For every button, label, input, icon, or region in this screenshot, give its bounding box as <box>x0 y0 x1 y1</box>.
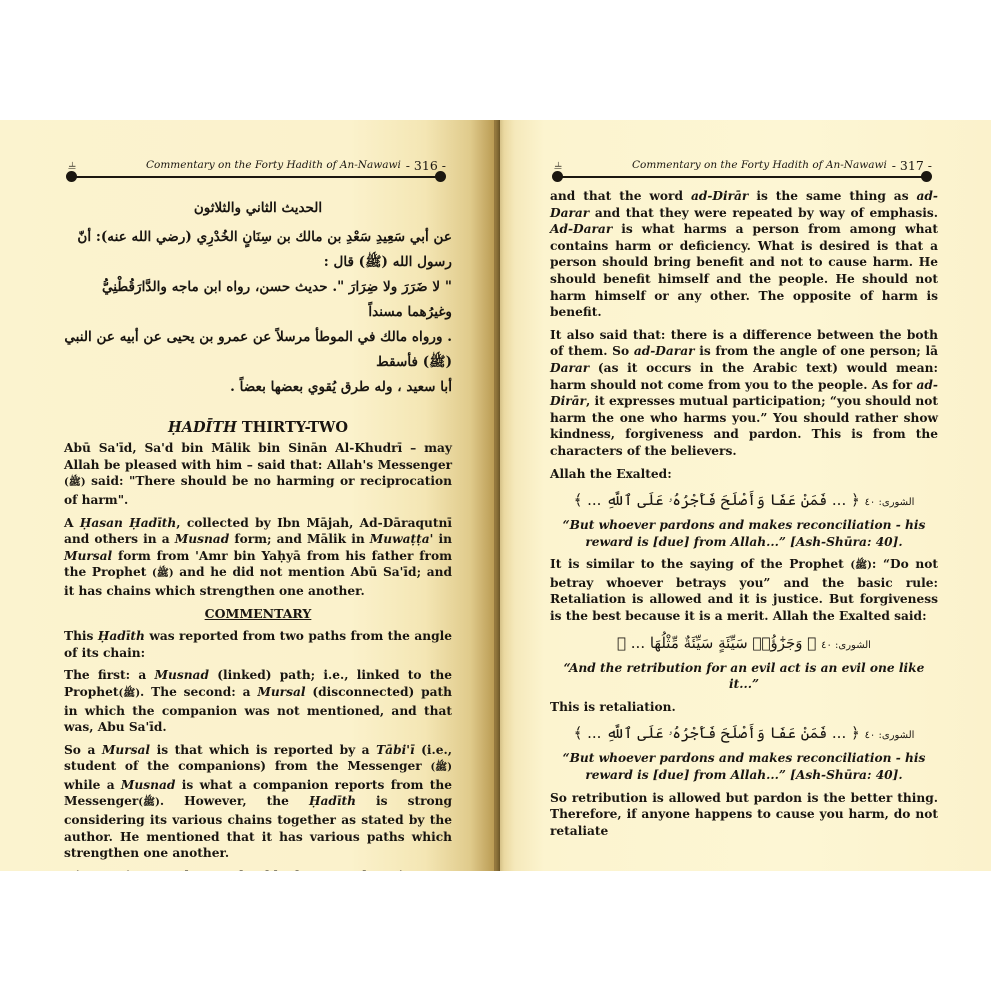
heading-rest: THIRTY-TWO <box>237 419 348 436</box>
quran-verse: الشورى: ٤٠ ﴿ ... فَمَنْ عَفَا وَأَصْلَحَ… <box>550 488 938 515</box>
book-gutter <box>494 120 504 871</box>
rule-end-dot-icon <box>552 171 563 182</box>
arabic-line: أبا سعيد ، وله طرق يُقوي بعضها بعضاً . <box>64 375 452 400</box>
text-run: So a <box>64 743 102 757</box>
term: Muwaṭṭa' <box>370 532 434 546</box>
rule-end-dot-icon <box>66 171 77 182</box>
arabic-title: الحديث الثاني والثلاثون <box>64 200 452 217</box>
text-run: A <box>64 516 80 530</box>
term: Mursal <box>102 743 150 757</box>
running-title: Commentary on the Forty Hadith of An-Naw… <box>632 159 887 171</box>
verse-reference: الشورى: ٤٠ <box>821 640 871 651</box>
verse-arabic: ﴿ ... فَمَنْ عَفَا وَأَصْلَحَ فَأَجْرُهُ… <box>574 724 860 742</box>
text-run: The first: a <box>64 668 154 682</box>
salutation-icon: (ﷺ) <box>850 560 872 571</box>
text-run: It is similar to the saying of the Proph… <box>550 557 850 571</box>
verse-arabic: ﴿ ... فَمَنْ عَفَا وَأَصْلَحَ فَأَجْرُهُ… <box>574 491 860 509</box>
term: Tābi'ī <box>376 743 414 757</box>
text-run: is the same thing as <box>748 189 916 203</box>
flourish-icon: ⫨ <box>68 158 76 172</box>
salutation-icon: (ﷺ) <box>138 797 160 808</box>
term: Ad-Darar <box>550 222 612 236</box>
term: Musnad <box>175 532 230 546</box>
paragraph: So retribution is allowed but pardon is … <box>550 790 938 840</box>
text-run: in <box>433 532 452 546</box>
term: ad-Darar <box>634 344 695 358</box>
rule-end-dot-icon <box>921 171 932 182</box>
right-page: ⫨ Commentary on the Forty Hadith of An-N… <box>500 120 991 871</box>
salutation-icon: (ﷺ) <box>430 762 452 773</box>
text-run: and that the word <box>550 189 691 203</box>
salutation-icon: (ﷺ) <box>64 477 86 488</box>
term: Ḥasan Ḥadīth <box>80 516 176 530</box>
arabic-line: عن أبي سَعِيدِ سَعْدِ بن مالك بن سِنَانٍ… <box>64 225 452 275</box>
text-run: is that which is reported by a <box>150 743 376 757</box>
verse-translation: “And the retribution for an evil act is … <box>550 660 938 693</box>
text-run: and that they were repeated by way of em… <box>589 206 938 220</box>
left-page-body: الحديث الثاني والثلاثون عن أبي سَعِيدِ س… <box>64 200 452 871</box>
arabic-line: " لا ضَرَرَ ولا ضِرَارَ ". حديث حسن، روا… <box>64 275 452 325</box>
text-run: (as it occurs in the Arabic text) would … <box>550 361 938 392</box>
paragraph: His saying: "There should be no harming … <box>64 868 452 871</box>
hadith-heading: ḤADĪTH THIRTY-TWO <box>64 420 452 437</box>
verse-reference: الشورى: ٤٠ <box>865 730 915 741</box>
term: Ḥadīth <box>98 629 145 643</box>
text-run: This <box>64 629 98 643</box>
paragraph: The first: a Musnad (linked) path; i.e.,… <box>64 667 452 735</box>
paragraph: It also said that: there is a difference… <box>550 327 938 460</box>
rule-end-dot-icon <box>435 171 446 182</box>
paragraph: It is similar to the saying of the Proph… <box>550 556 938 624</box>
paragraph: So a Mursal is that which is reported by… <box>64 742 452 862</box>
right-page-body: and that the word ad-Dirār is the same t… <box>550 188 938 845</box>
running-header: ⫨ Commentary on the Forty Hadith of An-N… <box>552 158 932 180</box>
running-title: Commentary on the Forty Hadith of An-Naw… <box>146 159 401 171</box>
term: Mursal <box>257 685 305 699</box>
quran-verse: الشورى: ٤٠ ﴿ ... فَمَنْ عَفَا وَأَصْلَحَ… <box>550 721 938 748</box>
term: ad-Dirār <box>691 189 748 203</box>
paragraph: This Ḥadīth was reported from two paths … <box>64 628 452 661</box>
text-run: Abū Sa'īd, Sa'd bin Mālik bin Sinān Al-K… <box>64 441 452 472</box>
open-book: ⫨ Commentary on the Forty Hadith of An-N… <box>0 120 991 871</box>
retaliation-line: This is retaliation. <box>550 699 938 716</box>
text-run: . The second: a <box>140 685 257 699</box>
term: Musnad <box>121 778 176 792</box>
flourish-icon: ⫨ <box>554 158 562 172</box>
salutation-icon: (ﷺ) <box>118 688 140 699</box>
verse-translation: “But whoever pardons and makes reconcili… <box>550 517 938 550</box>
text-run: His saying: <box>64 869 169 871</box>
salutation-icon: (ﷺ) <box>152 568 174 579</box>
header-rule <box>70 176 442 178</box>
text-run: said: <box>86 474 129 488</box>
text-run: . However, the <box>160 794 309 808</box>
text-run: while a <box>64 778 121 792</box>
verse-arabic: ﴿ وَجَزَٰٓؤُا۟ سَيِّئَةٍ سَيِّئَةٌ مِّثْ… <box>617 634 816 652</box>
collection-paragraph: A Ḥasan Ḥadīth, collected by Ibn Mājah, … <box>64 515 452 600</box>
verse-reference: الشورى: ٤٠ <box>865 497 915 508</box>
arabic-line: . ورواه مالك في الموطأ مرسلاً عن عمرو بن… <box>64 325 452 375</box>
term: Ḥadīth <box>309 794 356 808</box>
term: Mursal <box>64 549 112 563</box>
quran-verse: الشورى: ٤٠ ﴿ وَجَزَٰٓؤُا۟ سَيِّئَةٍ سَيِ… <box>550 631 938 658</box>
allah-exalted-label: Allah the Exalted: <box>550 466 938 483</box>
paragraph: and that the word ad-Dirār is the same t… <box>550 188 938 321</box>
text-run: is what harms a person from among what c… <box>550 222 938 319</box>
hadith-intro: Abū Sa'īd, Sa'd bin Mālik bin Sinān Al-K… <box>64 440 452 508</box>
text-run: form; and Mālik in <box>229 532 370 546</box>
term: Darar <box>550 361 589 375</box>
commentary-heading: COMMENTARY <box>64 606 452 623</box>
text-run: , it expresses mutual participation; “yo… <box>550 394 938 458</box>
header-rule <box>556 176 928 178</box>
heading-italic: ḤADĪTH <box>168 419 237 436</box>
text-run: : <box>872 557 883 571</box>
term: Musnad <box>154 668 209 682</box>
running-header: ⫨ Commentary on the Forty Hadith of An-N… <box>66 158 446 180</box>
left-page: ⫨ Commentary on the Forty Hadith of An-N… <box>0 120 500 871</box>
text-run: is from the angle of one person; lā <box>695 344 938 358</box>
verse-translation: “But whoever pardons and makes reconcili… <box>550 750 938 783</box>
